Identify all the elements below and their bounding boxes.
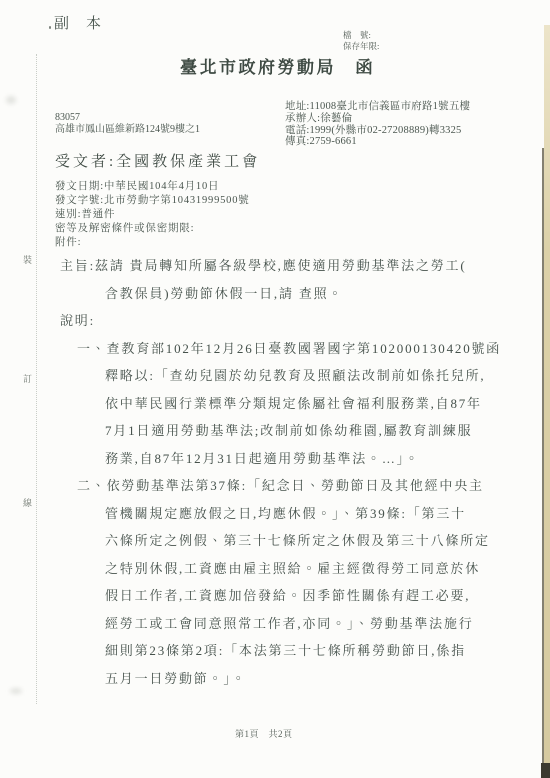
recipient-address: 高雄市鳳山區維新路124號9樓之1 <box>55 124 200 136</box>
file-number-label: 檔 號: <box>343 30 379 41</box>
document-number: 發文字號:北市勞動字第10431999500號 <box>55 194 250 208</box>
recipient-zip: 83057 <box>55 112 200 124</box>
subject-line: 含教保員)勞動節休假一日,請 查照。 <box>60 280 525 308</box>
item-2-line: 五月一日勞動節。」。 <box>60 665 525 693</box>
retention-period-label: 保存年限: <box>343 41 379 52</box>
scan-dot-mark <box>49 26 51 29</box>
scan-smudge <box>6 96 16 104</box>
subject-label: 主旨: <box>60 258 95 273</box>
explanation-label: 說明: <box>60 307 525 335</box>
letter-body: 主旨:茲請 貴局轉知所屬各級學校,應使適用勞動基準法之勞工( 含教保員)勞動節休… <box>60 252 525 692</box>
item-2-text: 依勞動基準法第37條:「紀念日、勞動節日及其他經中央主 <box>107 478 484 493</box>
item-1-line: 釋略以:「查幼兒園於幼兒教育及照顧法改制前如係托兒所, <box>60 362 525 390</box>
subject-line: 主旨:茲請 貴局轉知所屬各級學校,應使適用勞動基準法之勞工( <box>60 252 525 280</box>
item-1-text: 查教育部102年12月26日臺教國署國字第102000130420號函 <box>107 341 502 356</box>
item-1-line: 7月1日適用勞動基準法;改制前如係幼稚園,屬教育訓練服 <box>60 417 525 445</box>
secrecy-level: 密等及解密條件或保密期限: <box>55 222 250 236</box>
item-2-line: 假日工作者,工資應加倍發給。因季節性關係有趕工必要, <box>60 582 525 610</box>
page-edge-strip <box>544 25 550 778</box>
binding-dotted-line <box>36 54 37 704</box>
item-2-line: 管機關規定應放假之日,均應休假。」、第39條:「第三十 <box>60 500 525 528</box>
file-number-block: 檔 號: 保存年限: <box>343 30 379 51</box>
binding-mark-xian: 線 <box>23 496 32 509</box>
item-1-line: 務業,自87年12月31日起適用勞動基準法。…」。 <box>60 445 525 473</box>
document-meta-block: 發文日期:中華民國104年4月10日 發文字號:北市勞動字第1043199950… <box>55 180 250 250</box>
item-1-line: 依中華民國行業標準分類規定係屬社會福利服務業,自87年 <box>60 390 525 418</box>
item-1-line: 一、查教育部102年12月26日臺教國署國字第102000130420號函 <box>60 335 525 363</box>
scanned-official-letter-page: 副 本 檔 號: 保存年限: 臺北市政府勞動局 函 地址:11008臺北市信義區… <box>0 0 550 778</box>
scan-smudge <box>10 688 22 694</box>
item-1-number: 一、 <box>77 341 107 356</box>
sender-phone: 電話:1999(外縣市02-27208889)轉3325 <box>285 125 470 137</box>
sender-address: 地址:11008臺北市信義區市府路1號五樓 <box>285 101 470 113</box>
subject-text: 茲請 貴局轉知所屬各級學校,應使適用勞動基準法之勞工( <box>95 258 466 273</box>
copy-label: 副 本 <box>54 12 102 33</box>
attachment-label: 附件: <box>55 236 250 250</box>
item-2-number: 二、 <box>77 478 107 493</box>
footer-page-number: 第1頁 共2頁 <box>235 727 293 740</box>
binding-mark-zhuang: 裝 <box>23 253 32 266</box>
issue-date: 發文日期:中華民國104年4月10日 <box>55 180 250 194</box>
item-2-line: 細則第23條第2項:「本法第三十七條所稱勞動節日,係指 <box>60 637 525 665</box>
recipient-address-block: 83057 高雄市鳳山區維新路124號9樓之1 <box>55 112 200 135</box>
document-title: 臺北市政府勞動局 函 <box>180 56 375 80</box>
sender-fax: 傳真:2759-6661 <box>285 136 470 148</box>
corner-scan-mark <box>541 763 550 778</box>
binding-mark-ding: 訂 <box>23 372 32 385</box>
item-2-line: 六條所定之例假、第三十七條所定之休假及第三十八條所定 <box>60 527 525 555</box>
sender-info-block: 地址:11008臺北市信義區市府路1號五樓 承辦人:徐藝倫 電話:1999(外縣… <box>285 101 470 148</box>
sender-contact-person: 承辦人:徐藝倫 <box>285 113 470 125</box>
page-edge-line <box>542 148 544 772</box>
item-2-line: 二、依勞動基準法第37條:「紀念日、勞動節日及其他經中央主 <box>60 472 525 500</box>
delivery-speed: 速別:普通件 <box>55 208 250 222</box>
item-2-line: 經勞工或工會同意照常工作者,亦同。」、勞動基準法施行 <box>60 610 525 638</box>
item-2-line: 之特別休假,工資應由雇主照給。雇主經徵得勞工同意於休 <box>60 555 525 583</box>
recipient-line: 受文者:全國教保產業工會 <box>55 150 260 171</box>
